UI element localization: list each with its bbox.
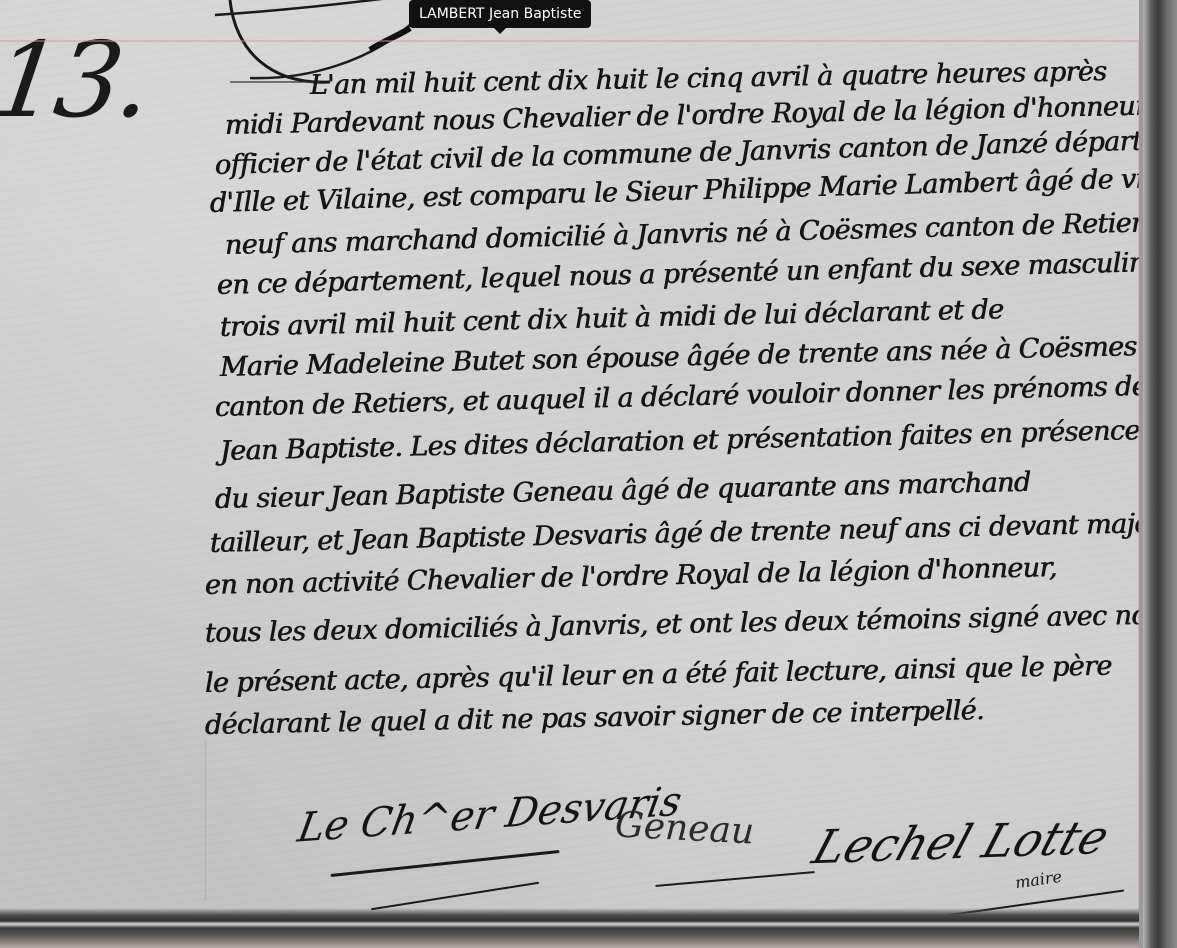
margin-rule (205, 740, 206, 900)
signature-underline (371, 882, 539, 911)
book-binding-edge (1143, 0, 1177, 948)
tooltip-label: LAMBERT Jean Baptiste (419, 6, 581, 22)
page-bottom-edge (0, 908, 1177, 948)
signature-mayor: Lechel Lotte (806, 810, 1116, 875)
page-edge (1139, 0, 1143, 948)
signature-witness-geneau: Geneau (614, 804, 755, 852)
tooltip-arrow (494, 28, 506, 34)
record-line: le présent acte, après qu'il leur en a é… (205, 651, 1112, 699)
document-viewer[interactable]: 13. L'an mil huit cent dix huit le cinq … (0, 0, 1177, 948)
signature-underline (330, 850, 559, 877)
record-line: déclarant le quel a dit ne pas savoir si… (205, 695, 985, 741)
person-tooltip: LAMBERT Jean Baptiste (409, 0, 591, 28)
record-line: tailleur, et Jean Baptiste Desvaris âgé … (210, 508, 1163, 559)
record-line: en non activité Chevalier de l'ordre Roy… (205, 552, 1057, 601)
record-line: du sieur Jean Baptiste Geneau âgé de qua… (215, 467, 1031, 515)
record-line: tous les deux domiciliés à Janvris, et o… (205, 599, 1177, 649)
record-line: trois avril mil huit cent dix huit à mid… (220, 294, 1004, 343)
record-number: 13. (0, 28, 155, 132)
signature-suffix: maire (1014, 867, 1063, 892)
signature-underline (655, 871, 815, 887)
record-line: Jean Baptiste. Les dites déclaration et … (220, 415, 1141, 467)
